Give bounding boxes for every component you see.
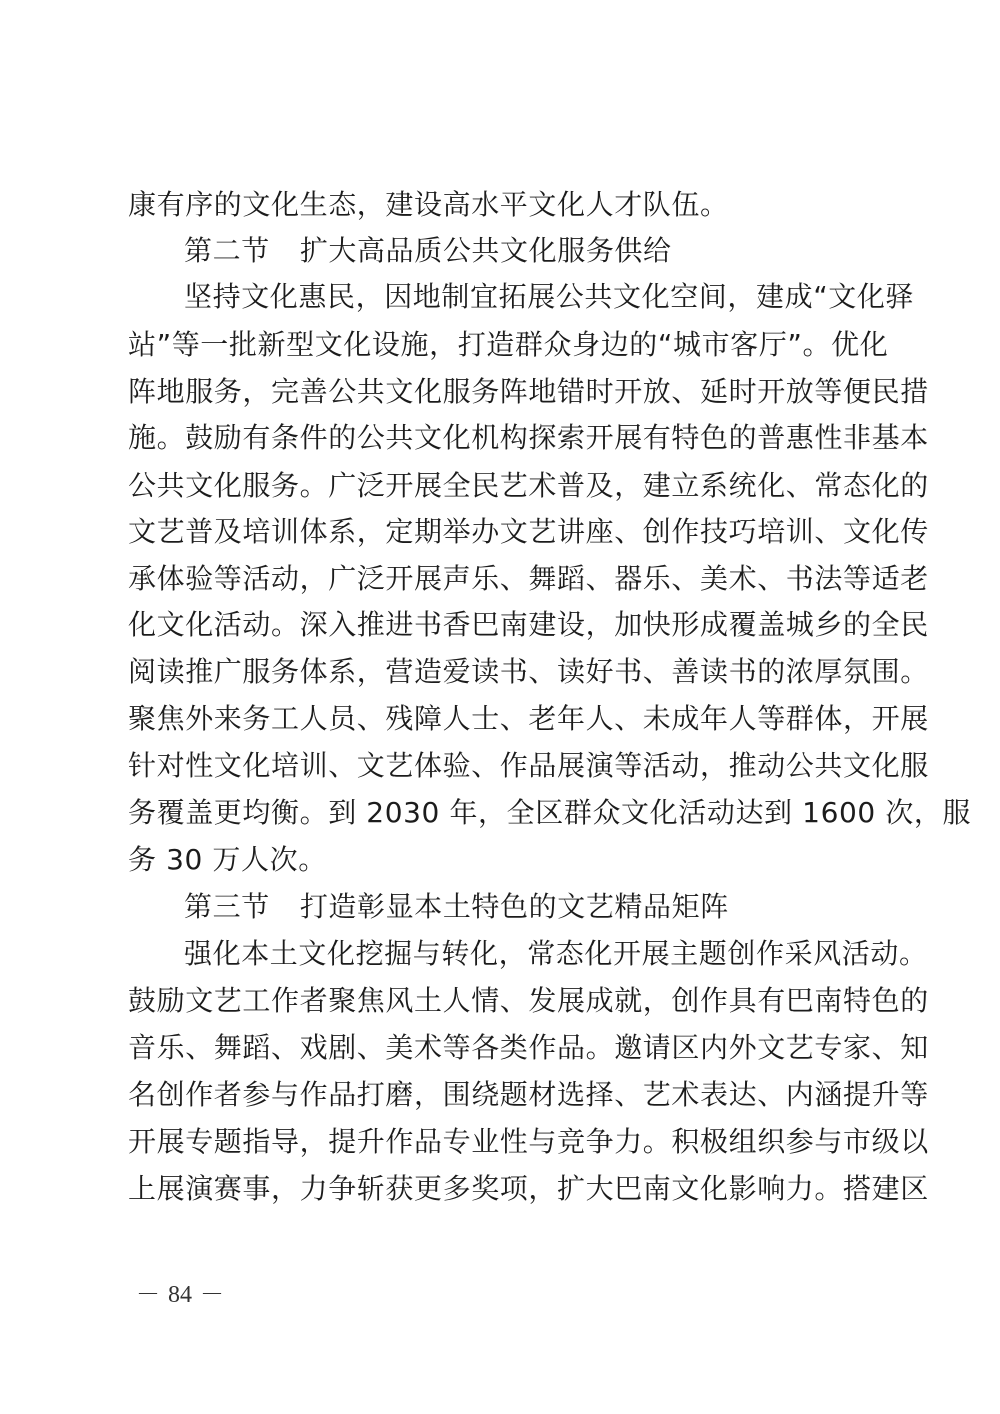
footer-dash-left: －: [128, 1282, 168, 1308]
text-line: 音乐、舞蹈、戏剧、美术等各类作品。邀请区内外文艺专家、知: [128, 1025, 872, 1071]
text-line: 务覆盖更均衡。到 2030 年，全区群众文化活动达到 1600 次，服: [128, 790, 872, 836]
text-line: 强化本土文化挖掘与转化，常态化开展主题创作采风活动。: [184, 931, 872, 977]
text-line: 公共文化服务。广泛开展全民艺术普及，建立系统化、常态化的: [128, 463, 872, 509]
text-line: 鼓励文艺工作者聚焦风土人情、发展成就，创作具有巴南特色的: [128, 978, 872, 1024]
footer-dash-right: －: [192, 1282, 232, 1308]
text-line: 阅读推广服务体系，营造爱读书、读好书、善读书的浓厚氛围。: [128, 649, 872, 695]
text-line: 站”等一批新型文化设施，打造群众身边的“城市客厅”。优化: [128, 322, 872, 368]
section-title: 扩大高品质公共文化服务供给: [300, 234, 672, 267]
page-number: 84: [168, 1282, 192, 1308]
text-line: 上展演赛事，力争斩获更多奖项，扩大巴南文化影响力。搭建区: [128, 1166, 872, 1212]
text-line: 务 30 万人次。: [128, 837, 872, 883]
text-line: 坚持文化惠民，因地制宜拓展公共文化空间，建成“文化驿: [184, 274, 872, 320]
page-footer: －84－: [128, 1280, 232, 1310]
text-line: 聚焦外来务工人员、残障人士、老年人、未成年人等群体，开展: [128, 696, 872, 742]
section-number: 第二节: [184, 234, 270, 267]
text-line: 名创作者参与作品打磨，围绕题材选择、艺术表达、内涵提升等: [128, 1072, 872, 1118]
text-line: 承体验等活动，广泛开展声乐、舞蹈、器乐、美术、书法等适老: [128, 556, 872, 602]
text-line: 针对性文化培训、文艺体验、作品展演等活动，推动公共文化服: [128, 743, 872, 789]
section-heading: 第三节打造彰显本土特色的文艺精品矩阵: [184, 884, 872, 930]
text-line: 开展专题指导，提升作品专业性与竞争力。积极组织参与市级以: [128, 1119, 872, 1165]
section-number: 第三节: [184, 890, 270, 923]
text-line: 文艺普及培训体系，定期举办文艺讲座、创作技巧培训、文化传: [128, 509, 872, 555]
text-line: 施。鼓励有条件的公共文化机构探索开展有特色的普惠性非基本: [128, 415, 872, 461]
text-line: 阵地服务，完善公共文化服务阵地错时开放、延时开放等便民措: [128, 369, 872, 415]
document-page: 康有序的文化生态，建设高水平文化人才队伍。 第二节扩大高品质公共文化服务供给 坚…: [0, 0, 1000, 1414]
text-line: 康有序的文化生态，建设高水平文化人才队伍。: [128, 182, 872, 228]
section-title: 打造彰显本土特色的文艺精品矩阵: [300, 890, 729, 923]
section-heading: 第二节扩大高品质公共文化服务供给: [184, 228, 872, 274]
text-line: 化文化活动。深入推进书香巴南建设，加快形成覆盖城乡的全民: [128, 602, 872, 648]
